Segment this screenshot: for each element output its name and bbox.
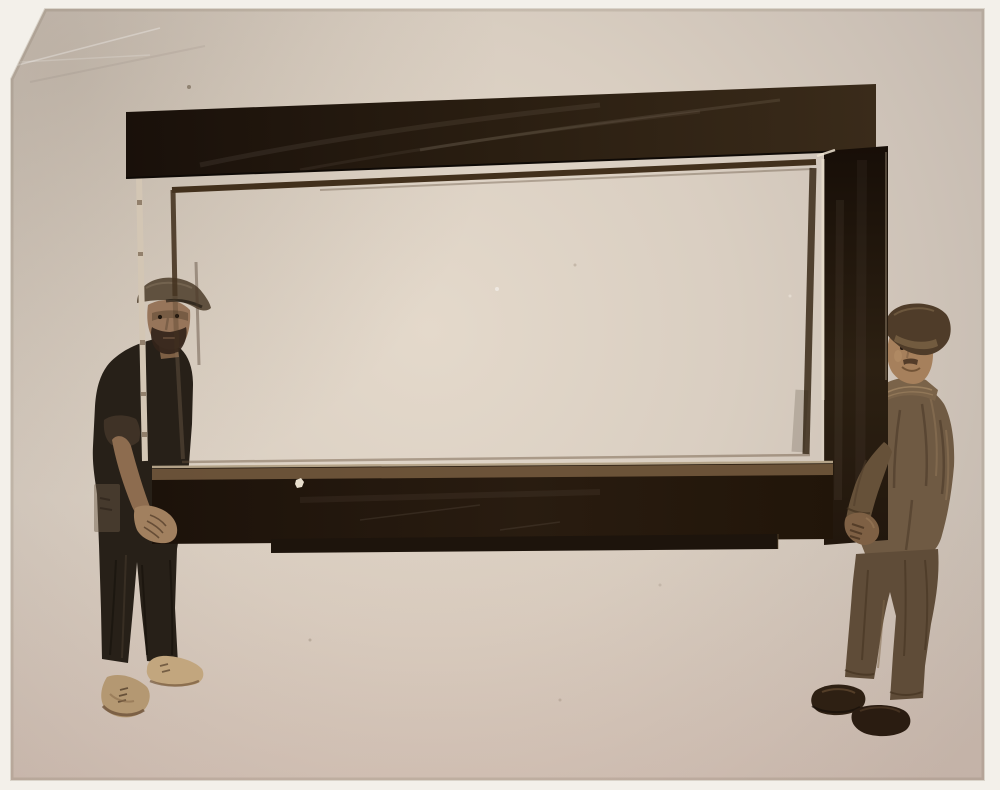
- left-worker-eye: [158, 315, 162, 319]
- photo-canvas: [0, 0, 1000, 790]
- photo: [11, 9, 984, 780]
- frame-bottom-bar: [152, 461, 833, 544]
- vintage-photograph: [0, 0, 1000, 790]
- left-worker-bib-patch: [94, 484, 120, 532]
- right-worker-cheek-highlight: [894, 350, 902, 362]
